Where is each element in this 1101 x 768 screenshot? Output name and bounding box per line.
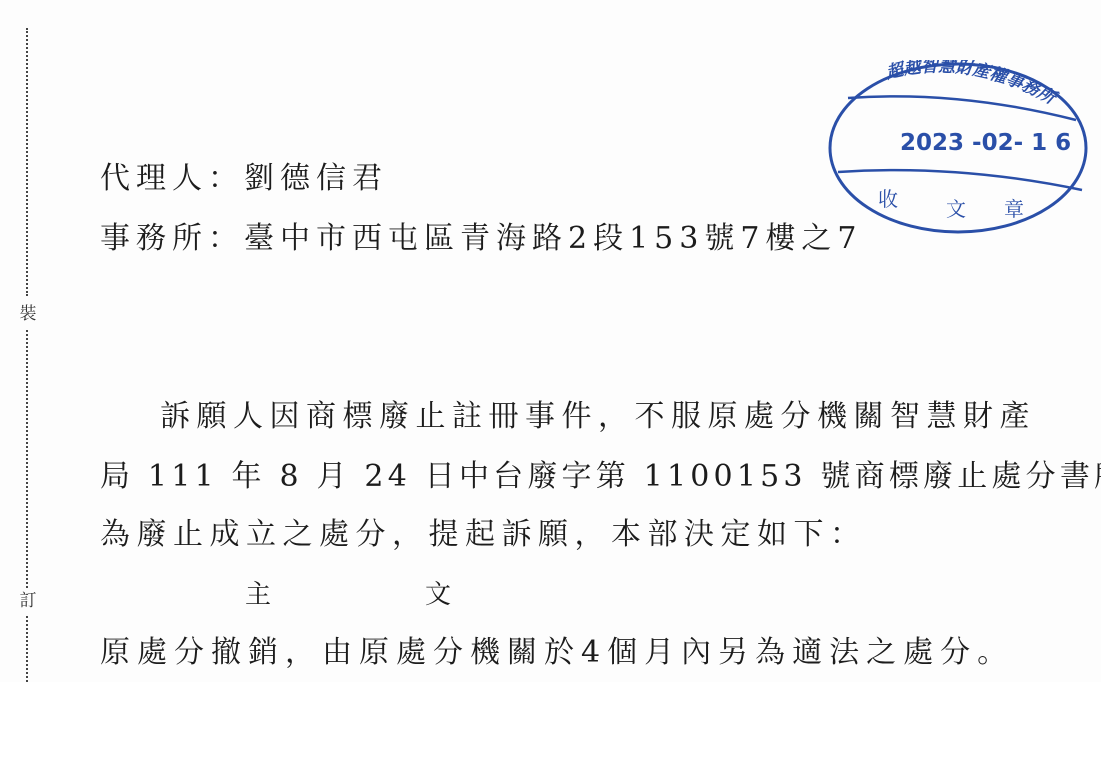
agent-name: 劉德信君 — [244, 161, 388, 196]
scanned-document-page: 裝 訂 代理人：劉德信君 事務所：臺中市西屯區青海路2段153號7樓之7 訴願人… — [0, 0, 1101, 682]
stamp-organization: 超越智慧財產權事務所 — [883, 60, 1061, 110]
agent-label: 代理人： — [100, 161, 244, 196]
stamp-footer-2: 文 — [946, 197, 966, 221]
main-text-heading-right: 文 — [425, 578, 457, 612]
stamp-footer-3: 章 — [1004, 197, 1024, 221]
binding-label-ding: 訂 — [17, 591, 39, 611]
body-line-3: 為廢止成立之處分，提起訴願，本部決定如下： — [100, 518, 867, 552]
svg-text:超越智慧財產權事務所: 超越智慧財產權事務所 — [883, 60, 1061, 110]
stamp-date: 2023 -02- 1 6 — [900, 130, 1071, 156]
binding-dotted-line — [26, 616, 28, 682]
body-line-1: 訴願人因商標廢止註冊事件，不服原處分機關智慧財產 — [160, 400, 1036, 434]
receipt-stamp: 超越智慧財產權事務所 2023 -02- 1 6 收 文 章 — [826, 60, 1090, 236]
binding-dotted-line — [26, 28, 28, 296]
binding-dotted-line — [26, 330, 28, 588]
office-address: 臺中市西屯區青海路2段153號7樓之7 — [244, 221, 863, 256]
office-line: 事務所：臺中市西屯區青海路2段153號7樓之7 — [100, 222, 863, 256]
office-label: 事務所： — [100, 221, 244, 256]
agent-line: 代理人：劉德信君 — [100, 162, 388, 196]
binding-label-zhuang: 裝 — [17, 304, 39, 324]
main-text-heading-left: 主 — [245, 578, 277, 612]
stamp-footer-1: 收 — [878, 187, 898, 211]
main-text-content: 原處分撤銷，由原處分機關於4個月內另為適法之處分。 — [100, 636, 1014, 670]
body-line-2: 局 111 年 8 月 24 日中台廢字第 1100153 號商標廢止處分書所 — [100, 460, 1101, 494]
